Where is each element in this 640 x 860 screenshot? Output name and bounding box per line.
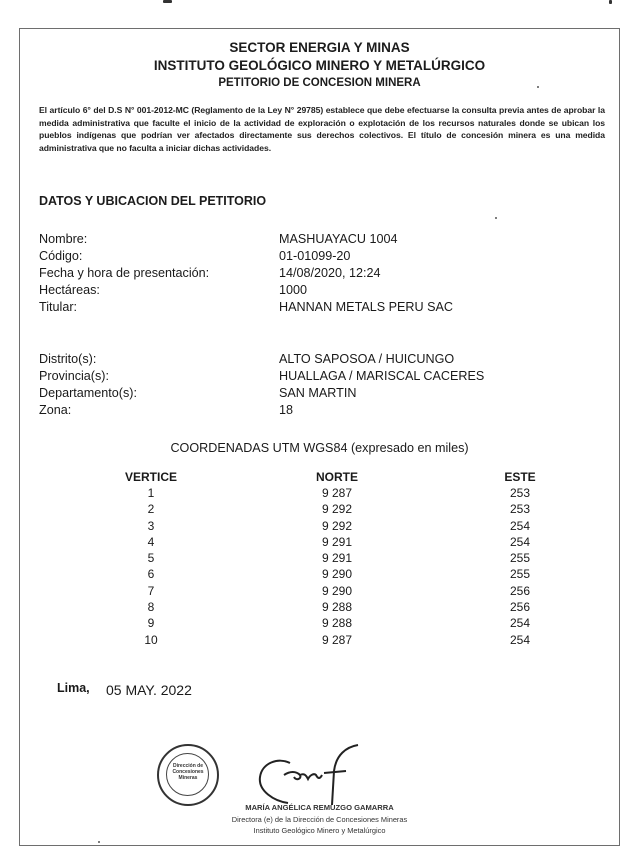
signer-organization: Instituto Geológico Minero y Metalúrgico [20, 826, 619, 835]
coordinates-title: COORDENADAS UTM WGS84 (expresado en mile… [20, 441, 619, 455]
cell-norte: 9 287 [307, 486, 367, 500]
table-row: 59 291255 [20, 551, 621, 567]
cell-norte: 9 288 [307, 616, 367, 630]
cell-vertice: 8 [116, 600, 186, 614]
cell-norte: 9 290 [307, 567, 367, 581]
cell-vertice: 10 [116, 633, 186, 647]
table-row: 49 291254 [20, 535, 621, 551]
field-codigo: Código: 01-01099-20 [39, 249, 599, 267]
field-provincia: Provincia(s): HUALLAGA / MARISCAL CACERE… [39, 369, 599, 387]
cell-vertice: 7 [116, 584, 186, 598]
scan-speck [537, 86, 539, 88]
field-value: 18 [279, 403, 293, 417]
official-seal-icon: Dirección de Concesiones Mineras [157, 744, 219, 806]
field-nombre: Nombre: MASHUAYACU 1004 [39, 232, 599, 250]
cell-norte: 9 292 [307, 519, 367, 533]
table-row: 39 292254 [20, 519, 621, 535]
field-fecha: Fecha y hora de presentación: 14/08/2020… [39, 266, 599, 284]
document-frame: SECTOR ENERGIA Y MINAS INSTITUTO GEOLÓGI… [19, 28, 620, 846]
place-label: Lima, [57, 681, 90, 695]
cell-este: 255 [500, 551, 540, 565]
seal-text: Dirección de Concesiones Mineras [159, 763, 217, 781]
field-hectareas: Hectáreas: 1000 [39, 283, 599, 301]
signer-role: Directora (e) de la Dirección de Concesi… [20, 815, 619, 824]
table-row: 69 290255 [20, 567, 621, 583]
table-row: 89 288256 [20, 600, 621, 616]
cell-norte: 9 288 [307, 600, 367, 614]
header-institute: INSTITUTO GEOLÓGICO MINERO Y METALÚRGICO [20, 58, 619, 73]
column-header-vertice: VERTICE [116, 470, 186, 484]
table-body: 19 28725329 29225339 29225449 29125459 2… [20, 486, 621, 649]
scan-speck [495, 217, 497, 219]
handwritten-signature-icon [250, 741, 370, 809]
table-row: 79 290256 [20, 584, 621, 600]
cell-vertice: 1 [116, 486, 186, 500]
coordinates-table: VERTICE NORTE ESTE 19 28725329 29225339 … [20, 470, 621, 649]
table-row: 109 287254 [20, 633, 621, 649]
cell-norte: 9 291 [307, 551, 367, 565]
cell-vertice: 3 [116, 519, 186, 533]
cropped-text-fragment [163, 0, 172, 3]
field-titular: Titular: HANNAN METALS PERU SAC [39, 300, 599, 318]
field-label: Titular: [39, 300, 77, 314]
table-row: 29 292253 [20, 502, 621, 518]
table-row: 99 288254 [20, 616, 621, 632]
field-label: Nombre: [39, 232, 87, 246]
cell-vertice: 5 [116, 551, 186, 565]
cell-este: 253 [500, 486, 540, 500]
cell-este: 256 [500, 584, 540, 598]
cell-este: 253 [500, 502, 540, 516]
field-value: HUALLAGA / MARISCAL CACERES [279, 369, 484, 383]
field-departamento: Departamento(s): SAN MARTIN [39, 386, 599, 404]
column-header-norte: NORTE [307, 470, 367, 484]
field-value: 01-01099-20 [279, 249, 350, 263]
field-distrito: Distrito(s): ALTO SAPOSOA / HUICUNGO [39, 352, 599, 370]
cell-este: 254 [500, 616, 540, 630]
field-value: MASHUAYACU 1004 [279, 232, 398, 246]
cell-vertice: 4 [116, 535, 186, 549]
cell-este: 256 [500, 600, 540, 614]
cell-norte: 9 291 [307, 535, 367, 549]
cell-este: 254 [500, 519, 540, 533]
cell-vertice: 2 [116, 502, 186, 516]
field-label: Hectáreas: [39, 283, 100, 297]
field-value: ALTO SAPOSOA / HUICUNGO [279, 352, 454, 366]
header-sector: SECTOR ENERGIA Y MINAS [20, 40, 619, 55]
cell-este: 254 [500, 535, 540, 549]
table-row: 19 287253 [20, 486, 621, 502]
field-value: 1000 [279, 283, 307, 297]
cell-norte: 9 287 [307, 633, 367, 647]
table-header-row: VERTICE NORTE ESTE [20, 470, 621, 486]
field-label: Departamento(s): [39, 386, 137, 400]
field-label: Provincia(s): [39, 369, 109, 383]
field-value: HANNAN METALS PERU SAC [279, 300, 453, 314]
field-label: Zona: [39, 403, 71, 417]
seal-text-line: Mineras [159, 775, 217, 781]
cell-este: 254 [500, 633, 540, 647]
scan-speck [98, 841, 100, 843]
issue-date: 05 MAY. 2022 [106, 682, 192, 698]
field-value: SAN MARTIN [279, 386, 356, 400]
cell-este: 255 [500, 567, 540, 581]
field-label: Distrito(s): [39, 352, 96, 366]
cropped-text-fragment [609, 0, 612, 4]
cell-norte: 9 290 [307, 584, 367, 598]
column-header-este: ESTE [500, 470, 540, 484]
section-title: DATOS Y UBICACION DEL PETITORIO [39, 194, 266, 208]
field-zona: Zona: 18 [39, 403, 599, 421]
cell-vertice: 6 [116, 567, 186, 581]
field-value: 14/08/2020, 12:24 [279, 266, 381, 280]
cell-vertice: 9 [116, 616, 186, 630]
header-doc-type: PETITORIO DE CONCESION MINERA [20, 77, 619, 89]
cell-norte: 9 292 [307, 502, 367, 516]
field-label: Código: [39, 249, 82, 263]
legal-notice: El artículo 6° del D.S N° 001-2012-MC (R… [39, 104, 605, 154]
signer-name: MARÍA ANGÉLICA REMUZGO GAMARRA [20, 803, 619, 812]
field-label: Fecha y hora de presentación: [39, 266, 209, 280]
